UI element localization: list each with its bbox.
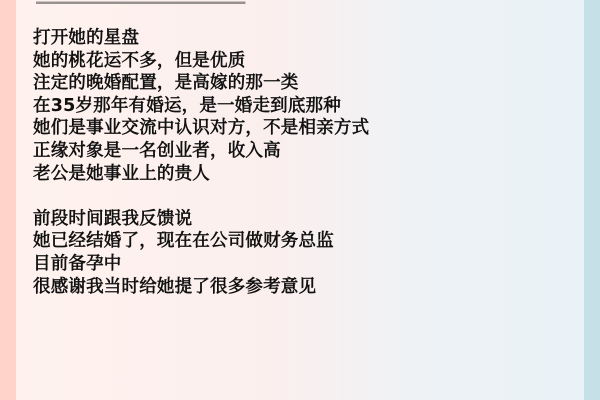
left-edge-strip <box>0 0 16 400</box>
text-line: 打开她的星盘 <box>33 27 369 50</box>
text-card: ▁▁▁▁▁▁▁▁▁▁▁▁▁▁▁▁ 打开她的星盘 她的桃花运不多，但是优质 注定的… <box>16 0 584 400</box>
right-edge-strip <box>584 0 600 400</box>
cutoff-top-line: ▁▁▁▁▁▁▁▁▁▁▁▁▁▁▁▁ <box>36 0 291 4</box>
text-line: 她们是事业交流中认识对方，不是相亲方式 <box>33 117 369 140</box>
paragraph-feedback: 前段时间跟我反馈说 她已经结婚了，现在在公司做财务总监 目前备孕中 很感谢我当时… <box>33 208 369 298</box>
text-line: 目前备孕中 <box>33 253 369 276</box>
paragraph-astrology-reading: 打开她的星盘 她的桃花运不多，但是优质 注定的晚婚配置，是高嫁的那一类 在35岁… <box>33 27 369 185</box>
post-body: 打开她的星盘 她的桃花运不多，但是优质 注定的晚婚配置，是高嫁的那一类 在35岁… <box>33 27 369 298</box>
text-line: 注定的晚婚配置，是高嫁的那一类 <box>33 72 369 95</box>
text-line: 前段时间跟我反馈说 <box>33 208 369 231</box>
text-line: 很感谢我当时给她提了很多参考意见 <box>33 276 369 299</box>
text-line: 在35岁那年有婚运，是一婚走到底那种 <box>33 95 369 118</box>
text-line: 老公是她事业上的贵人 <box>33 163 369 186</box>
text-line: 她已经结婚了，现在在公司做财务总监 <box>33 230 369 253</box>
text-line: 正缘对象是一名创业者，收入高 <box>33 140 369 163</box>
text-line: 她的桃花运不多，但是优质 <box>33 50 369 73</box>
